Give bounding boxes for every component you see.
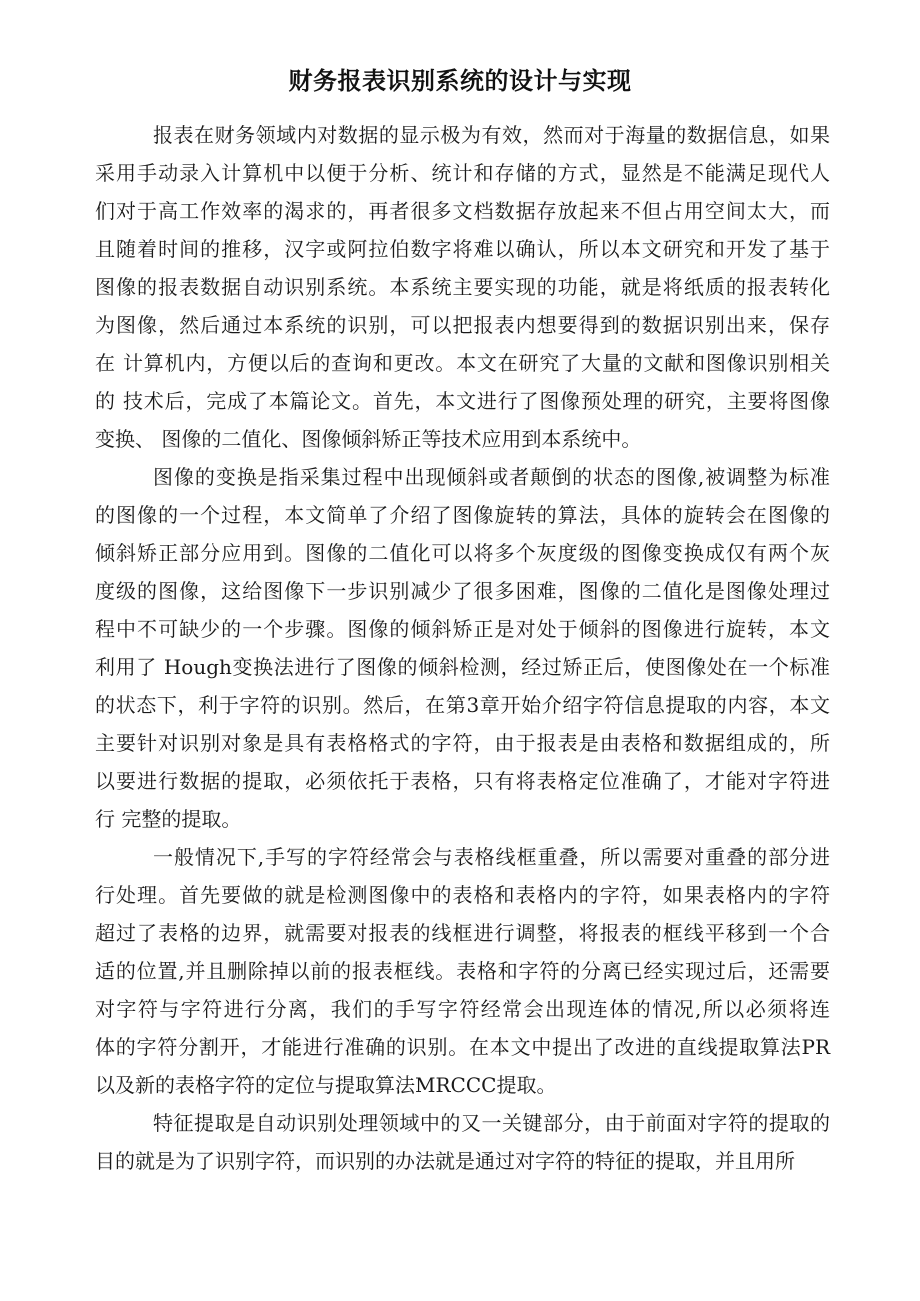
text-line: 利用了 Hough变换法进行了图像的倾斜检测，经过矫正后，使图像处在一个标准 [95, 648, 830, 686]
text-line: 超过了表格的边界，就需要对报表的线框进行调整，将报表的框线平移到一个合 [95, 914, 830, 952]
text-line: 对字符与字符进行分离，我们的手写字符经常会出现连体的情况,所以必须将连 [95, 990, 830, 1028]
text-line: 的 技术后，完成了本篇论文。首先，本文进行了图像预处理的研究，主要将图像 [95, 382, 830, 420]
text-line: 度级的图像，这给图像下一步识别减少了很多困难，图像的二值化是图像处理过 [95, 572, 830, 610]
text-line: 的状态下，利于字符的识别。然后，在第3章开始介绍字符信息提取的内容，本文 [95, 686, 830, 724]
text-line: 且随着时间的推移，汉字或阿拉伯数字将难以确认，所以本文研究和开发了基于 [95, 230, 830, 268]
text-line: 以要进行数据的提取，必须依托于表格，只有将表格定位准确了，才能对字符进 [95, 762, 830, 800]
text-line: 图像的报表数据自动识别系统。本系统主要实现的功能，就是将纸质的报表转化 [95, 268, 830, 306]
text-line: 变换、 图像的二值化、图像倾斜矫正等技术应用到本系统中。 [95, 420, 830, 458]
text-line: 一般情况下,手写的字符经常会与表格线框重叠，所以需要对重叠的部分进 [95, 838, 830, 876]
text-line: 特征提取是自动识别处理领域中的又一关键部分，由于前面对字符的提取的 [95, 1104, 830, 1142]
text-line: 行处理。首先要做的就是检测图像中的表格和表格内的字符，如果表格内的字符 [95, 876, 830, 914]
text-line: 为图像，然后通过本系统的识别，可以把报表内想要得到的数据识别出来，保存 [95, 306, 830, 344]
document-body: 报表在财务领域内对数据的显示极为有效，然而对于海量的数据信息，如果采用手动录入计… [95, 116, 830, 1180]
text-line: 适的位置,并且删除掉以前的报表框线。表格和字符的分离已经实现过后，还需要 [95, 952, 830, 990]
text-line: 在 计算机内，方便以后的查询和更改。本文在研究了大量的文献和图像识别相关 [95, 344, 830, 382]
text-line: 倾斜矫正部分应用到。图像的二值化可以将多个灰度级的图像变换成仅有两个灰 [95, 534, 830, 572]
text-line: 程中不可缺少的一个步骤。图像的倾斜矫正是对处于倾斜的图像进行旋转，本文 [95, 610, 830, 648]
paragraph: 图像的变换是指采集过程中出现倾斜或者颠倒的状态的图像,被调整为标准的图像的一个过… [95, 458, 830, 838]
text-line: 行 完整的提取。 [95, 800, 830, 838]
document-title: 财务报表识别系统的设计与实现 [0, 64, 920, 98]
text-line: 采用手动录入计算机中以便于分析、统计和存储的方式，显然是不能满足现代人 [95, 154, 830, 192]
text-line: 们对于高工作效率的渴求的，再者很多文档数据存放起来不但占用空间太大，而 [95, 192, 830, 230]
text-line: 的图像的一个过程，本文简单了介绍了图像旋转的算法，具体的旋转会在图像的 [95, 496, 830, 534]
text-line: 以及新的表格字符的定位与提取算法MRCCC提取。 [95, 1066, 830, 1104]
paragraph: 一般情况下,手写的字符经常会与表格线框重叠，所以需要对重叠的部分进行处理。首先要… [95, 838, 830, 1104]
paragraph: 报表在财务领域内对数据的显示极为有效，然而对于海量的数据信息，如果采用手动录入计… [95, 116, 830, 458]
paragraph: 特征提取是自动识别处理领域中的又一关键部分，由于前面对字符的提取的目的就是为了识… [95, 1104, 830, 1180]
text-line: 图像的变换是指采集过程中出现倾斜或者颠倒的状态的图像,被调整为标准 [95, 458, 830, 496]
document-page: 财务报表识别系统的设计与实现 报表在财务领域内对数据的显示极为有效，然而对于海量… [0, 0, 920, 1301]
text-line: 体的字符分割开，才能进行准确的识别。在本文中提出了改进的直线提取算法PR [95, 1028, 830, 1066]
text-line: 目的就是为了识别字符，而识别的办法就是通过对字符的特征的提取，并且用所 [95, 1142, 830, 1180]
text-line: 报表在财务领域内对数据的显示极为有效，然而对于海量的数据信息，如果 [95, 116, 830, 154]
text-line: 主要针对识别对象是具有表格格式的字符，由于报表是由表格和数据组成的，所 [95, 724, 830, 762]
